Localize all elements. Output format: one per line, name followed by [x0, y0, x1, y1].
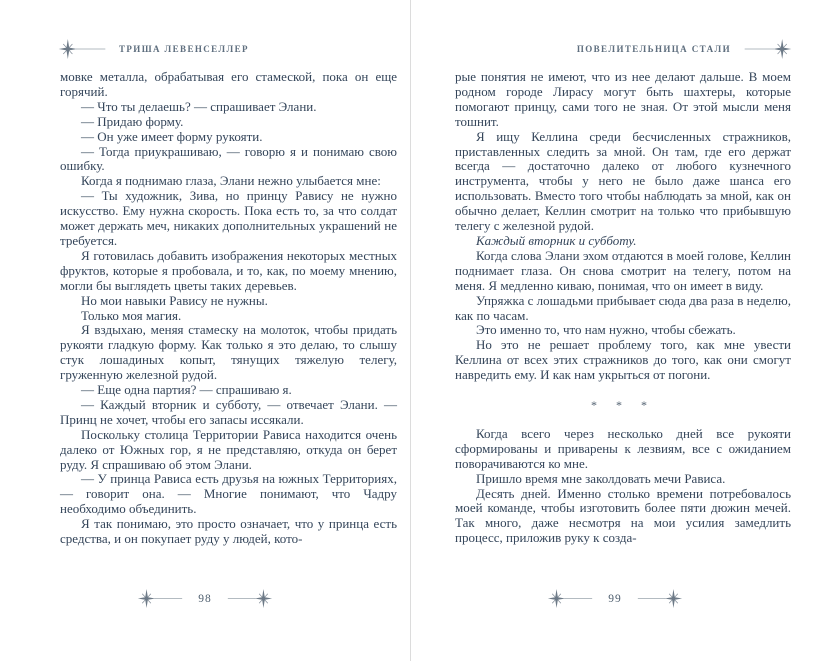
paragraph-italic: Каждый вторник и субботу. [455, 234, 791, 249]
paragraph: — Он уже имеет форму рукояти. [60, 130, 397, 145]
paragraph: Я ищу Келлина среди бесчисленных стражни… [455, 130, 791, 234]
star-flourish-icon [744, 39, 792, 59]
running-title-book: ПОВЕЛИТЕЛЬНИЦА СТАЛИ [577, 44, 731, 54]
paragraph: — Еще одна партия? — спрашиваю я. [60, 383, 397, 398]
star-flourish-icon [227, 589, 273, 608]
paragraph: Я готовилась добавить изображения некото… [60, 249, 397, 294]
paragraph: мовке металла, обрабатывая его стамеской… [60, 70, 397, 100]
star-flourish-icon [637, 589, 683, 608]
star-flourish-icon [58, 39, 106, 59]
paragraph: Но это не решает проблему того, как мне … [455, 338, 791, 383]
paragraph: — Каждый вторник и субботу, — отвечает Э… [60, 398, 397, 428]
page-footer-left: 98 [0, 589, 410, 608]
running-title-author: ТРИША ЛЕВЕНСЕЛЛЕР [119, 44, 249, 54]
page-body-right: рые понятия не имеют, что из нее делают … [455, 70, 791, 546]
page-left: ТРИША ЛЕВЕНСЕЛЛЕР мовке металла, обрабат… [0, 0, 410, 661]
page-number: 98 [198, 593, 212, 605]
book-spread: ТРИША ЛЕВЕНСЕЛЛЕР мовке металла, обрабат… [0, 0, 820, 661]
paragraph: Это именно то, что нам нужно, чтобы сбеж… [455, 323, 791, 338]
page-right: ПОВЕЛИТЕЛЬНИЦА СТАЛИ рые понятия не имею… [410, 0, 820, 661]
paragraph: Десять дней. Именно столько времени потр… [455, 487, 791, 547]
paragraph: Только моя магия. [60, 309, 397, 324]
paragraph: рые понятия не имеют, что из нее делают … [455, 70, 791, 130]
page-body-left: мовке металла, обрабатывая его стамеской… [60, 70, 397, 547]
paragraph: Поскольку столица Территории Рависа нахо… [60, 428, 397, 473]
paragraph: — Тогда приукрашиваю, — говорю я и поним… [60, 145, 397, 175]
paragraph: — Что ты делаешь? — спрашивает Элани. [60, 100, 397, 115]
running-head-left: ТРИША ЛЕВЕНСЕЛЛЕР [58, 39, 396, 59]
paragraph: — Ты художник, Зива, но принцу Равису не… [60, 189, 397, 249]
page-footer-right: 99 [410, 589, 820, 608]
paragraph: Я так понимаю, это просто означает, что … [60, 517, 397, 547]
paragraph: Упряжка с лошадьми прибывает сюда два ра… [455, 294, 791, 324]
scene-break-separator: * * * [455, 398, 791, 413]
paragraph: — Придаю форму. [60, 115, 397, 130]
paragraph: Когда я поднимаю глаза, Элани нежно улыб… [60, 174, 397, 189]
paragraph: Когда слова Элани эхом отдаются в моей г… [455, 249, 791, 294]
page-number: 99 [608, 593, 622, 605]
star-flourish-icon [137, 589, 183, 608]
star-flourish-icon [547, 589, 593, 608]
paragraph: — У принца Рависа есть друзья на южных Т… [60, 472, 397, 517]
paragraph: Когда всего через несколько дней все рук… [455, 427, 791, 472]
paragraph: Я вздыхаю, меняя стамеску на молоток, чт… [60, 323, 397, 383]
paragraph: Пришло время мне заколдовать мечи Рависа… [455, 472, 791, 487]
running-head-right: ПОВЕЛИТЕЛЬНИЦА СТАЛИ [455, 39, 792, 59]
paragraph: Но мои навыки Равису не нужны. [60, 294, 397, 309]
